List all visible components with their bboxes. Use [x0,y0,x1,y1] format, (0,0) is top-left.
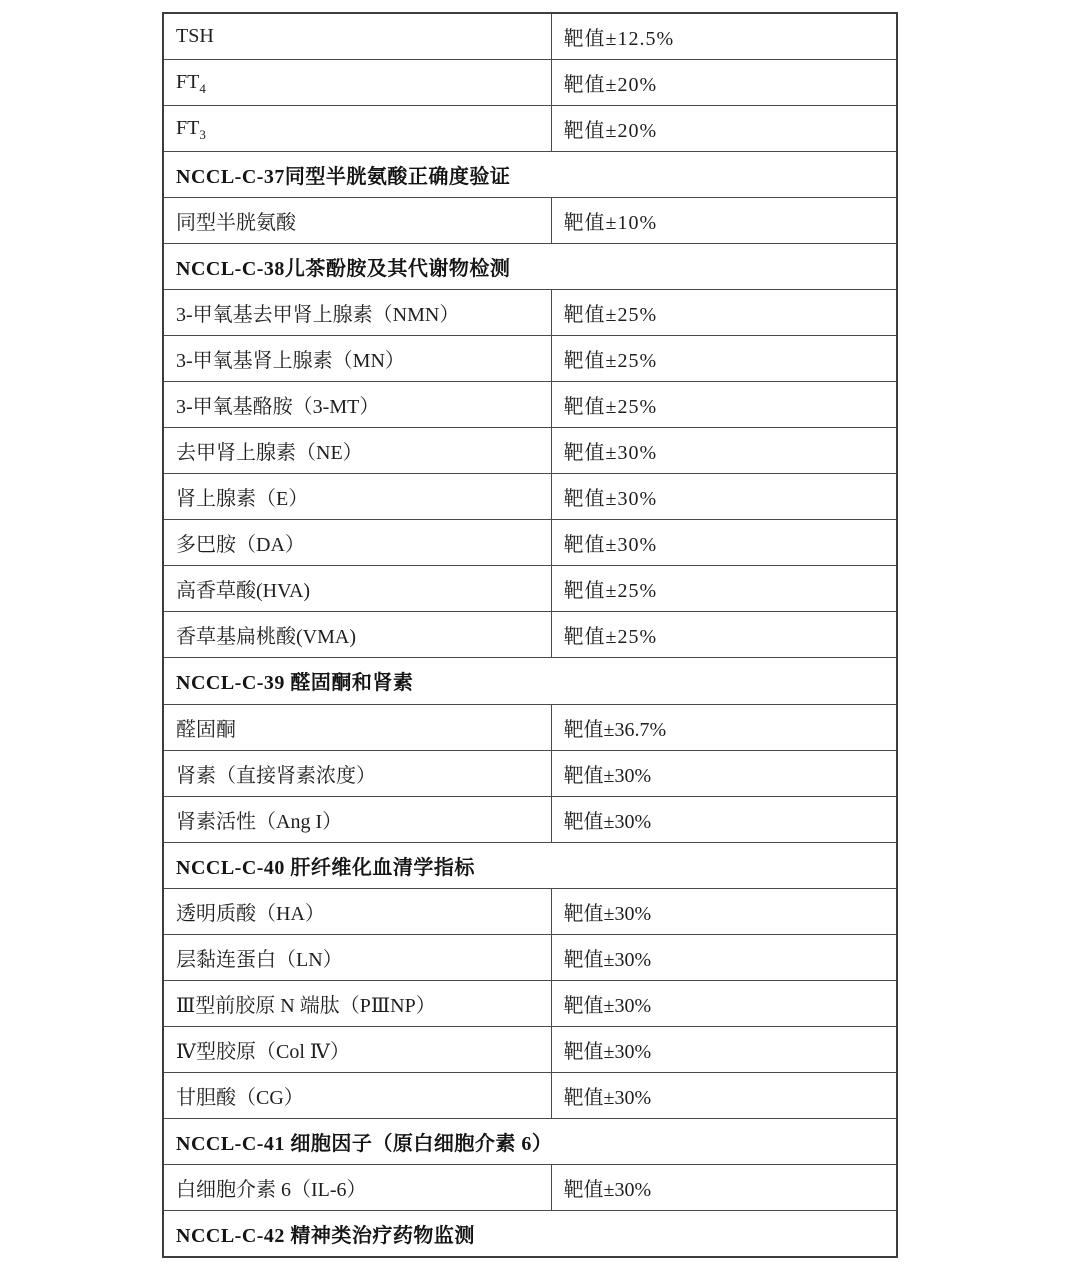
table-row: 高香草酸(HVA)靶值±25% [163,566,897,612]
analyte-cell: 同型半胱氨酸 [163,198,551,244]
analyte-label: 层黏连蛋白（LN） [176,949,343,971]
section-header-row: NCCL-C-37同型半胱氨酸正确度验证 [163,152,897,198]
analyte-label: FT [176,117,199,139]
qc-target-table-body: TSH靶值±12.5%FT4靶值±20%FT3靶值±20%NCCL-C-37同型… [163,13,897,1257]
qc-target-table: TSH靶值±12.5%FT4靶值±20%FT3靶值±20%NCCL-C-37同型… [162,12,898,1258]
analyte-label: 同型半胱氨酸 [176,212,296,234]
target-value-cell: 靶值±30% [551,1164,897,1210]
section-header-row: NCCL-C-40 肝纤维化血清学指标 [163,842,897,888]
table-row: 透明质酸（HA）靶值±30% [163,888,897,934]
analyte-label: 肾上腺素（E） [176,488,308,510]
target-value-cell: 靶值±20% [551,106,897,152]
table-row: Ⅲ型前胶原 N 端肽（PⅢNP）靶值±30% [163,980,897,1026]
target-value-cell: 靶值±30% [551,1026,897,1072]
analyte-label: 醛固酮 [176,719,236,741]
analyte-cell: 层黏连蛋白（LN） [163,934,551,980]
table-row: 3-甲氧基肾上腺素（MN）靶值±25% [163,336,897,382]
table-row: 肾素（直接肾素浓度）靶值±30% [163,750,897,796]
analyte-label: 高香草酸(HVA) [176,580,310,602]
target-value-cell: 靶值±30% [551,980,897,1026]
table-row: 去甲肾上腺素（NE）靶值±30% [163,428,897,474]
analyte-cell: TSH [163,13,551,60]
analyte-cell: 去甲肾上腺素（NE） [163,428,551,474]
target-value-cell: 靶值±30% [551,428,897,474]
analyte-subscript: 4 [199,81,206,96]
target-value-cell: 靶值±30% [551,750,897,796]
table-row: TSH靶值±12.5% [163,13,897,60]
section-title-cell: NCCL-C-37同型半胱氨酸正确度验证 [163,152,897,198]
analyte-label: 去甲肾上腺素（NE） [176,442,363,464]
analyte-label: 甘胆酸（CG） [176,1087,304,1109]
analyte-label: 3-甲氧基肾上腺素（MN） [176,350,405,372]
target-value-cell: 靶值±25% [551,336,897,382]
section-header-row: NCCL-C-42 精神类治疗药物监测 [163,1210,897,1257]
table-row: 3-甲氧基酪胺（3-MT）靶值±25% [163,382,897,428]
section-title-cell: NCCL-C-38儿茶酚胺及其代谢物检测 [163,244,897,290]
target-value-cell: 靶值±30% [551,934,897,980]
target-value-cell: 靶值±10% [551,198,897,244]
target-value-cell: 靶值±20% [551,60,897,106]
section-title-cell: NCCL-C-41 细胞因子（原白细胞介素 6） [163,1118,897,1164]
analyte-label: Ⅳ型胶原（Col Ⅳ） [176,1041,350,1063]
section-header-row: NCCL-C-39 醛固酮和肾素 [163,658,897,704]
analyte-subscript: 3 [199,127,206,142]
target-value-cell: 靶值±30% [551,520,897,566]
analyte-label: 肾素活性（Ang I） [176,811,342,833]
analyte-cell: 肾素活性（Ang I） [163,796,551,842]
analyte-label: 多巴胺（DA） [176,534,305,556]
table-row: 香草基扁桃酸(VMA)靶值±25% [163,612,897,658]
analyte-cell: 甘胆酸（CG） [163,1072,551,1118]
analyte-cell: FT3 [163,106,551,152]
analyte-cell: Ⅳ型胶原（Col Ⅳ） [163,1026,551,1072]
target-value-cell: 靶值±25% [551,382,897,428]
target-value-cell: 靶值±30% [551,796,897,842]
table-row: 肾素活性（Ang I）靶值±30% [163,796,897,842]
analyte-cell: 醛固酮 [163,704,551,750]
analyte-label: 3-甲氧基酪胺（3-MT） [176,396,379,418]
analyte-cell: 多巴胺（DA） [163,520,551,566]
analyte-label: 透明质酸（HA） [176,903,325,925]
analyte-cell: 3-甲氧基去甲肾上腺素（NMN） [163,290,551,336]
table-row: 多巴胺（DA）靶值±30% [163,520,897,566]
analyte-cell: 肾上腺素（E） [163,474,551,520]
analyte-cell: Ⅲ型前胶原 N 端肽（PⅢNP） [163,980,551,1026]
analyte-label: 香草基扁桃酸(VMA) [176,626,356,648]
table-row: FT3靶值±20% [163,106,897,152]
analyte-cell: 高香草酸(HVA) [163,566,551,612]
analyte-cell: 肾素（直接肾素浓度） [163,750,551,796]
section-header-row: NCCL-C-41 细胞因子（原白细胞介素 6） [163,1118,897,1164]
table-row: 3-甲氧基去甲肾上腺素（NMN）靶值±25% [163,290,897,336]
target-value-cell: 靶值±36.7% [551,704,897,750]
section-title-cell: NCCL-C-42 精神类治疗药物监测 [163,1210,897,1257]
section-title-cell: NCCL-C-40 肝纤维化血清学指标 [163,842,897,888]
target-value-cell: 靶值±25% [551,290,897,336]
analyte-cell: 3-甲氧基肾上腺素（MN） [163,336,551,382]
table-row: 甘胆酸（CG）靶值±30% [163,1072,897,1118]
section-title-cell: NCCL-C-39 醛固酮和肾素 [163,658,897,704]
table-row: 肾上腺素（E）靶值±30% [163,474,897,520]
analyte-label: Ⅲ型前胶原 N 端肽（PⅢNP） [176,995,436,1017]
target-value-cell: 靶值±30% [551,1072,897,1118]
table-row: 层黏连蛋白（LN）靶值±30% [163,934,897,980]
analyte-cell: 透明质酸（HA） [163,888,551,934]
analyte-label: 3-甲氧基去甲肾上腺素（NMN） [176,304,459,326]
analyte-cell: 3-甲氧基酪胺（3-MT） [163,382,551,428]
table-row: 同型半胱氨酸靶值±10% [163,198,897,244]
analyte-cell: FT4 [163,60,551,106]
target-value-cell: 靶值±25% [551,612,897,658]
target-value-cell: 靶值±25% [551,566,897,612]
section-header-row: NCCL-C-38儿茶酚胺及其代谢物检测 [163,244,897,290]
table-row: 白细胞介素 6（IL-6）靶值±30% [163,1164,897,1210]
table-row: FT4靶值±20% [163,60,897,106]
analyte-label: TSH [176,25,214,47]
table-row: Ⅳ型胶原（Col Ⅳ）靶值±30% [163,1026,897,1072]
table-row: 醛固酮靶值±36.7% [163,704,897,750]
analyte-label: 肾素（直接肾素浓度） [176,765,376,787]
target-value-cell: 靶值±30% [551,474,897,520]
analyte-cell: 白细胞介素 6（IL-6） [163,1164,551,1210]
target-value-cell: 靶值±30% [551,888,897,934]
analyte-label: FT [176,71,199,93]
analyte-cell: 香草基扁桃酸(VMA) [163,612,551,658]
target-value-cell: 靶值±12.5% [551,13,897,60]
analyte-label: 白细胞介素 6（IL-6） [176,1179,367,1201]
